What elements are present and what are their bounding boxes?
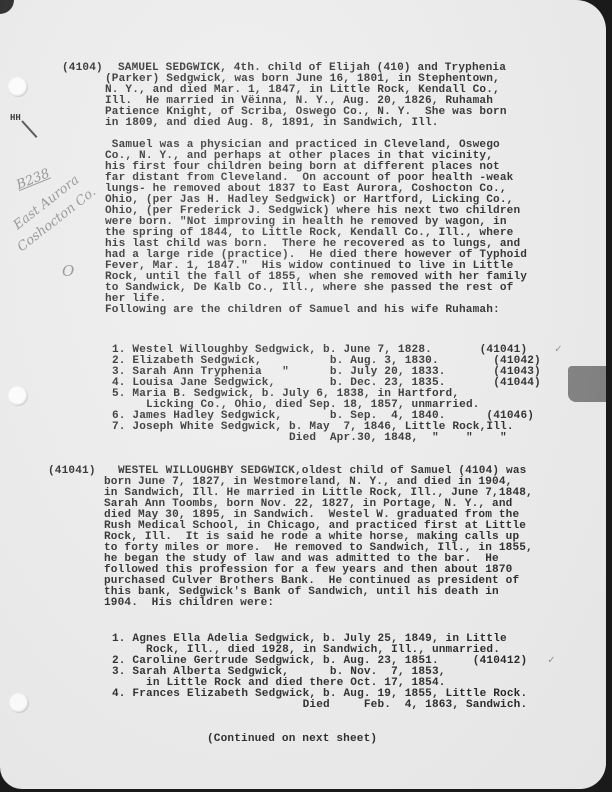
- binder-hole-middle: [8, 386, 28, 406]
- entry-id-41041: (41041): [48, 466, 96, 477]
- text-line: 1904. His children were:: [104, 598, 274, 609]
- text-line: to Sandwick, De Kalb Co., Ill., where sh…: [105, 283, 513, 294]
- text-line: in 1809, and died Aug. 8, 1891, in Sandw…: [105, 118, 439, 129]
- document-page: HH B238 East Aurora Coshocton Co. O (410…: [0, 0, 606, 789]
- text-line: Following are the children of Samuel and…: [105, 305, 500, 316]
- page-corner: [0, 0, 14, 14]
- continued-note: (Continued on next sheet): [207, 734, 377, 745]
- entry-id-4104: (4104): [62, 63, 103, 74]
- binder-hole-top: [8, 77, 28, 97]
- child-item: Died Feb. 4, 1863, Sandwich.: [112, 700, 527, 711]
- index-tab: [568, 366, 606, 402]
- checkmark-icon: ✓: [555, 345, 562, 356]
- pen-stroke: [21, 120, 37, 138]
- binder-hole-bottom: [9, 693, 29, 713]
- typed-initials: HH: [10, 113, 21, 123]
- child-item: Died Apr.30, 1848, " " ": [112, 433, 507, 444]
- handwritten-code: B238: [14, 166, 51, 193]
- handwritten-note-line3: O: [62, 262, 74, 280]
- checkmark-icon: ✓: [548, 656, 555, 667]
